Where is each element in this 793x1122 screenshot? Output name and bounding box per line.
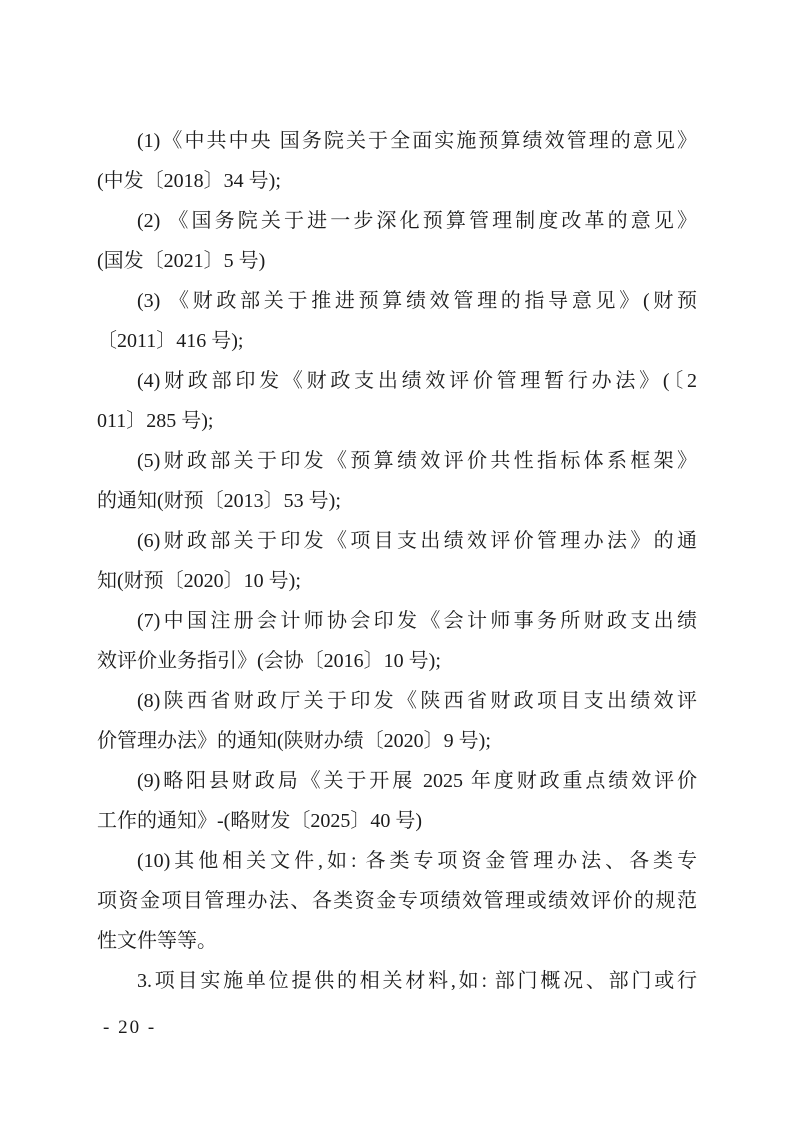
document-line: 的通知(财预〔2013〕53 号); (97, 481, 697, 521)
document-line: (10)其他相关文件,如: 各类专项资金管理办法、各类专 (97, 841, 697, 881)
document-line: (4)财政部印发《财政支出绩效评价管理暂行办法》(〔2 (97, 361, 697, 401)
document-line: 工作的通知》-(略财发〔2025〕40 号) (97, 801, 697, 841)
document-line: 知(财预〔2020〕10 号); (97, 561, 697, 601)
document-line: (3) 《财政部关于推进预算绩效管理的指导意见》(财预 (97, 281, 697, 321)
document-line: (5)财政部关于印发《预算绩效评价共性指标体系框架》 (97, 441, 697, 481)
document-line: (中发〔2018〕34 号); (97, 161, 697, 201)
document-line: (8)陕西省财政厅关于印发《陕西省财政项目支出绩效评 (97, 681, 697, 721)
document-line: 011〕285 号); (97, 401, 697, 441)
document-line: 价管理办法》的通知(陕财办绩〔2020〕9 号); (97, 721, 697, 761)
page-number: - 20 - (103, 1015, 156, 1041)
document-body: (1)《中共中央 国务院关于全面实施预算绩效管理的意见》 (中发〔2018〕34… (97, 121, 697, 1001)
document-line: 性文件等等。 (97, 921, 697, 961)
document-line: 项资金项目管理办法、各类资金专项绩效管理或绩效评价的规范 (97, 881, 697, 921)
document-line: 3.项目实施单位提供的相关材料,如: 部门概况、部门或行 (97, 961, 697, 1001)
document-page: (1)《中共中央 国务院关于全面实施预算绩效管理的意见》 (中发〔2018〕34… (0, 0, 793, 1122)
document-line: (9)略阳县财政局《关于开展 2025 年度财政重点绩效评价 (97, 761, 697, 801)
document-line: (6)财政部关于印发《项目支出绩效评价管理办法》的通 (97, 521, 697, 561)
document-line: (1)《中共中央 国务院关于全面实施预算绩效管理的意见》 (97, 121, 697, 161)
document-line: (7)中国注册会计师协会印发《会计师事务所财政支出绩 (97, 601, 697, 641)
document-line: 〔2011〕416 号); (97, 321, 697, 361)
document-line: 效评价业务指引》(会协〔2016〕10 号); (97, 641, 697, 681)
document-line: (国发〔2021〕5 号) (97, 241, 697, 281)
document-line: (2) 《国务院关于进一步深化预算管理制度改革的意见》 (97, 201, 697, 241)
